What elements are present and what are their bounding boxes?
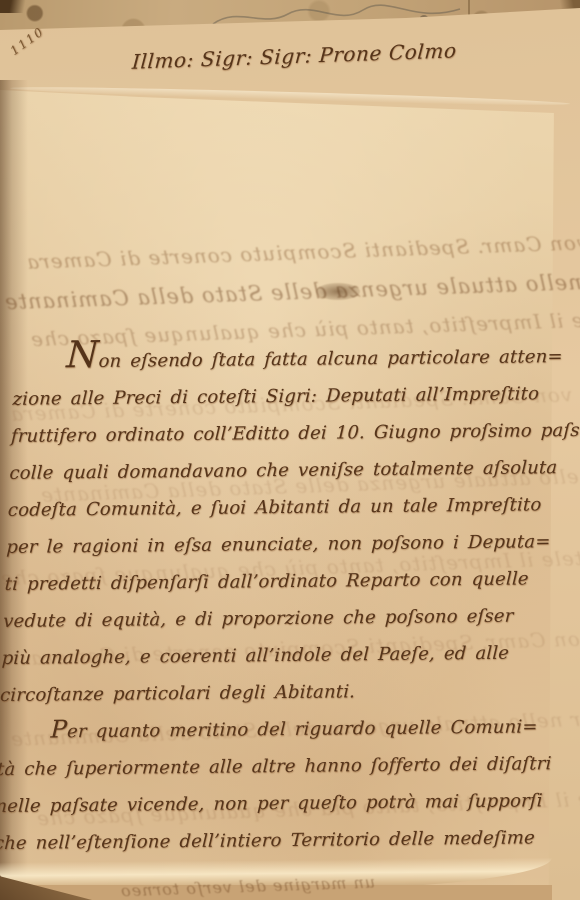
paragraph: Non eſsendo ſtata fatta alcuna particola… [0,338,575,714]
text-line: nelle paſsate vicende, non per queſto po… [0,782,556,825]
text-line: per le ragioni in eſsa enunciate, non po… [6,523,568,566]
text-line: più analoghe, e coerenti all’indole del … [1,634,563,677]
text-line: Per quanto meritino del riguardo quelle … [0,708,559,751]
body-text: Non eſsendo ſtata fatta alcuna particola… [0,338,575,862]
text-line: fruttifero ordinato coll’Editto dei 10. … [10,412,572,455]
manuscript-photo: 1110 Illmo: Sigr: Sigr: Prone Colmo von … [0,0,580,900]
dark-corner-mark [0,0,30,13]
text-line: che nell’eſtenſione dell’intiero Territo… [0,819,555,862]
text-line: zione alle Preci di coteſti Sigri: Deput… [12,375,574,418]
paragraph: Per quanto meritino del riguardo quelle … [0,708,559,862]
text-line: codeſta Comunità, e ſuoi Abitanti da un … [7,486,569,529]
text-line: tà che ſuperiormente alle altre hanno ſo… [0,745,558,788]
text-line: ti predetti diſpenſarſi dall’ordinato Re… [4,560,566,603]
text-line: circoſtanze particolari degli Abitanti. [0,671,561,714]
ink-blot [316,283,360,300]
text-line: colle quali domandavano che veniſse tota… [9,449,571,492]
text-line: Non eſsendo ſtata fatta alcuna particola… [13,338,575,381]
text-line: vedute di equità, e di proporzione che p… [2,597,564,640]
